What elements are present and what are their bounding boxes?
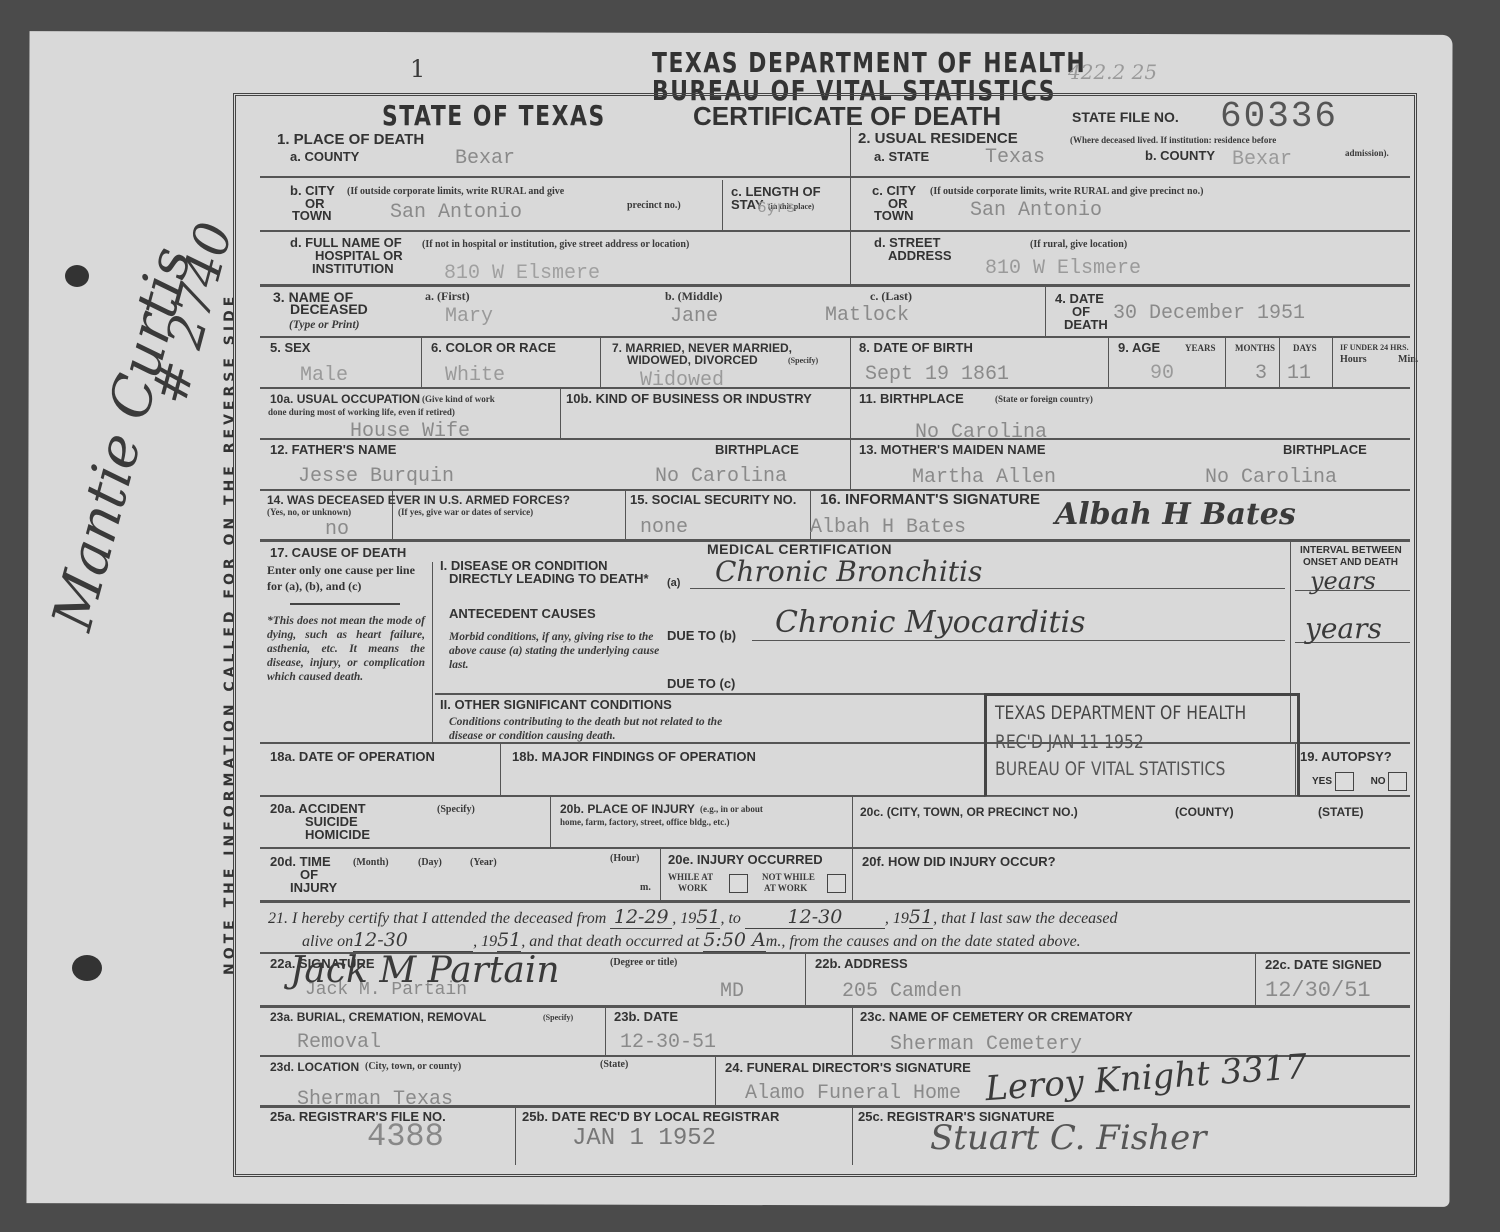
while-at-label: WHILE AT — [668, 872, 713, 883]
handwritten-code: 422.2 25 — [1068, 60, 1157, 84]
stamp-line3: BUREAU OF VITAL STATISTICS — [995, 758, 1225, 780]
physician-address-label: 22b. ADDRESS — [815, 957, 908, 971]
mother-birthplace-label: BIRTHPLACE — [1283, 443, 1367, 457]
alive-on-year[interactable]: 51 — [497, 929, 521, 952]
armed-forces-value[interactable]: no — [325, 518, 349, 541]
birthplace-value[interactable]: No Carolina — [915, 421, 1047, 444]
injury-specify-label: (Specify) — [437, 804, 475, 815]
place-of-injury-note2: home, farm, factory, street, office bldg… — [560, 817, 730, 828]
race-value[interactable]: White — [445, 364, 505, 387]
residence-city-value[interactable]: San Antonio — [970, 199, 1102, 222]
armed-forces-label: 14. WAS DECEASED EVER IN U.S. ARMED FORC… — [267, 493, 570, 507]
certification-line1: 21. I hereby certify that I attended the… — [268, 906, 1118, 929]
father-name-label: 12. FATHER'S NAME — [270, 443, 396, 457]
due-to-c-label: DUE TO (c) — [667, 677, 735, 691]
address-label: ADDRESS — [888, 249, 952, 263]
death-county-value[interactable]: Bexar — [455, 147, 515, 170]
mother-name-label: 13. MOTHER'S MAIDEN NAME — [859, 443, 1046, 457]
not-while-at-work-checkbox[interactable] — [827, 874, 846, 893]
registrar-file-value[interactable]: 4388 — [367, 1118, 444, 1155]
age-months-value[interactable]: 3 — [1255, 362, 1267, 385]
marital-value[interactable]: Widowed — [640, 369, 724, 392]
interval-a-value[interactable]: years — [1310, 567, 1376, 595]
homicide-label: HOMICIDE — [305, 828, 370, 842]
attended-from-year[interactable]: 51 — [696, 906, 720, 929]
father-birthplace-label: BIRTHPLACE — [715, 443, 799, 457]
father-name-value[interactable]: Jesse Burquin — [298, 465, 454, 488]
cert-text4: m., from the causes and on the date stat… — [766, 933, 1081, 950]
business-label: 10b. KIND OF BUSINESS OR INDUSTRY — [566, 392, 812, 406]
months-label: MONTHS — [1235, 343, 1275, 354]
autopsy-label: 19. AUTOPSY? — [1300, 750, 1392, 764]
due-to-b-label: DUE TO (b) — [667, 629, 736, 643]
degree-value[interactable]: MD — [720, 980, 744, 1003]
death-city-value[interactable]: San Antonio — [390, 201, 522, 224]
antecedent-note: Morbid conditions, if any, giving rise t… — [449, 630, 669, 672]
attended-to-value[interactable]: 12-30 — [745, 906, 885, 929]
stamp-line1: TEXAS DEPARTMENT OF HEALTH — [995, 702, 1246, 724]
other-conditions-note: Conditions contributing to the death but… — [449, 715, 739, 743]
type-or-print-note: (Type or Print) — [289, 318, 359, 332]
place-of-injury-label: 20b. PLACE OF INJURY — [560, 802, 695, 816]
interval-label: INTERVAL BETWEEN — [1300, 545, 1402, 556]
cause-footnote: *This does not mean the mode of dying, s… — [267, 614, 425, 684]
race-label: 6. COLOR OR RACE — [431, 341, 556, 355]
cert-text1: 21. I hereby certify that I attended the… — [268, 910, 606, 927]
armed-forces-note2: (If yes, give war or dates of service) — [398, 507, 533, 518]
residence-town-label: TOWN — [874, 209, 913, 223]
alive-on-label: alive on — [302, 933, 353, 950]
street-address-value[interactable]: 810 W Elsmere — [985, 257, 1141, 280]
burial-location-note: (City, town, or county) — [365, 1061, 461, 1072]
death-time-value[interactable]: 5:50 A — [703, 929, 765, 952]
disease-label2: DIRECTLY LEADING TO DEATH* — [449, 572, 649, 586]
cemetery-value[interactable]: Sherman Cemetery — [890, 1033, 1082, 1056]
sex-value[interactable]: Male — [300, 364, 348, 387]
hospital-label3: INSTITUTION — [312, 262, 394, 276]
death-city-note: (If outside corporate limits, write RURA… — [347, 186, 564, 197]
last-name-label: c. (Last) — [870, 291, 912, 302]
residence-state-label: a. STATE — [874, 150, 929, 164]
cemetery-label: 23c. NAME OF CEMETERY OR CREMATORY — [860, 1010, 1133, 1024]
residence-note: (Where deceased lived. If institution: r… — [1070, 135, 1276, 146]
date-of-death-value[interactable]: 30 December 1951 — [1113, 302, 1305, 325]
degree-label: (Degree or title) — [610, 957, 677, 968]
occupation-label: 10a. USUAL OCCUPATION — [270, 392, 420, 406]
place-of-injury-note: (e.g., in or about — [700, 804, 763, 815]
burial-location-value[interactable]: Sherman Texas — [297, 1088, 453, 1111]
ink-blot — [72, 955, 102, 981]
street-note: (If rural, give location) — [1030, 239, 1127, 250]
marital-label2: WIDOWED, DIVORCED — [627, 353, 758, 367]
days-label: DAYS — [1293, 343, 1317, 354]
armed-forces-note: (Yes, no, or unknown) — [267, 507, 351, 518]
ssn-value[interactable]: none — [640, 516, 688, 539]
cause-note: Enter only one cause per line for (a), (… — [267, 562, 425, 594]
middle-name-value[interactable]: Jane — [670, 305, 718, 328]
length-of-stay-value[interactable]: 6yrs — [757, 199, 795, 217]
registrar-date-value[interactable]: JAN 1 1952 — [572, 1125, 716, 1152]
m-label: m. — [640, 882, 651, 893]
burial-date-value[interactable]: 12-30-51 — [620, 1031, 716, 1054]
autopsy-no-checkbox[interactable] — [1388, 772, 1407, 791]
burial-type-label: 23a. BURIAL, CREMATION, REMOVAL — [270, 1010, 486, 1024]
mother-birthplace-value[interactable]: No Carolina — [1205, 466, 1337, 489]
date-of-birth-value[interactable]: Sept 19 1861 — [865, 363, 1009, 386]
while-at-work-checkbox[interactable] — [729, 874, 748, 893]
residence-city-note: (If outside corporate limits, write RURA… — [930, 186, 1203, 197]
residence-note2: admission). — [1345, 148, 1389, 159]
attended-from-value[interactable]: 12-29 — [610, 906, 672, 929]
age-years-value[interactable]: 90 — [1150, 362, 1174, 385]
residence-county-label: b. COUNTY — [1145, 149, 1215, 163]
cert-19c: , 19 — [473, 933, 497, 950]
cert-to: , to — [720, 910, 740, 927]
autopsy-no-label: NO — [1371, 776, 1386, 787]
injury-occurred-label: 20e. INJURY OCCURRED — [668, 853, 823, 867]
day-label: (Day) — [418, 857, 442, 868]
month-label: (Month) — [353, 857, 389, 868]
date-of-death-death: DEATH — [1064, 318, 1108, 332]
antecedent-causes-label: ANTECEDENT CAUSES — [449, 607, 596, 621]
burial-specify: (Specify) — [543, 1012, 573, 1023]
date-signed-value[interactable]: 12/30/51 — [1265, 978, 1371, 1003]
age-days-value[interactable]: 11 — [1287, 362, 1311, 385]
year-label: (Year) — [470, 857, 497, 868]
at-work-label: AT WORK — [764, 883, 807, 894]
medical-certification-title: MEDICAL CERTIFICATION — [707, 542, 892, 556]
received-stamp: TEXAS DEPARTMENT OF HEALTH REC'D JAN 11 … — [984, 693, 1300, 797]
birthplace-note: (State or foreign country) — [995, 394, 1093, 405]
occupation-note: (Give kind of work — [422, 394, 495, 405]
usual-residence-label: 2. USUAL RESIDENCE — [858, 132, 1018, 146]
stamp-line2: REC'D JAN 11 1952 — [995, 731, 1144, 753]
margin-mark: 1 — [410, 55, 425, 83]
place-of-death-label: 1. PLACE OF DEATH — [277, 133, 424, 147]
alive-on-value[interactable]: 12-30 — [353, 929, 473, 952]
cause-of-death-label: 17. CAUSE OF DEATH — [270, 546, 406, 560]
funeral-home-value[interactable]: Alamo Funeral Home — [745, 1082, 961, 1105]
burial-date-label: 23b. DATE — [614, 1010, 678, 1024]
deceased-label: DECEASED — [290, 302, 368, 316]
hospital-value[interactable]: 810 W Elsmere — [444, 262, 600, 285]
injury-city-label: 20c. (CITY, TOWN, OR PRECINCT NO.) — [860, 805, 1078, 819]
under-24-hours-label: IF UNDER 24 HRS. — [1340, 342, 1409, 353]
cert-19b: , 19 — [885, 910, 909, 927]
registrar-signature: Stuart C. Fisher — [930, 1118, 1206, 1158]
informant-typed[interactable]: Albah H Bates — [810, 516, 966, 539]
hospital-note: (If not in hospital or institution, give… — [422, 239, 689, 250]
occupation-value[interactable]: House Wife — [350, 420, 470, 443]
informant-label: 16. INFORMANT'S SIGNATURE — [820, 493, 1040, 507]
death-city-note2: precinct no.) — [627, 200, 681, 211]
cause-a-label: (a) — [667, 576, 680, 590]
residence-state-value[interactable]: Texas — [985, 146, 1045, 169]
interval-b-value[interactable]: years — [1305, 612, 1382, 645]
ssn-label: 15. SOCIAL SECURITY NO. — [630, 493, 796, 507]
time-injury-label: INJURY — [290, 881, 337, 895]
cert-text3: , and that death occurred at — [521, 933, 699, 950]
first-name-label: a. (First) — [425, 291, 470, 302]
certification-line2: alive on12-30, 1951, and that death occu… — [302, 929, 1081, 952]
not-while-label: NOT WHILE — [762, 872, 815, 883]
burial-type-value[interactable]: Removal — [297, 1031, 381, 1054]
cause-b-value[interactable]: Chronic Myocarditis — [775, 605, 1086, 640]
age-label: 9. AGE — [1118, 341, 1160, 355]
autopsy-yes-checkbox[interactable] — [1335, 772, 1354, 791]
hours-label: Hours — [1340, 354, 1367, 365]
attended-to-year[interactable]: 51 — [909, 906, 933, 929]
funeral-director-label: 24. FUNERAL DIRECTOR'S SIGNATURE — [725, 1061, 971, 1075]
physician-signature: Jack M Partain — [290, 950, 560, 991]
death-county-label: a. COUNTY — [290, 150, 359, 164]
registrar-date-label: 25b. DATE REC'D BY LOCAL REGISTRAR — [522, 1110, 779, 1124]
informant-signature: Albah H Bates — [1055, 497, 1296, 532]
autopsy-options: YES NO — [1312, 772, 1407, 791]
other-conditions-label: II. OTHER SIGNIFICANT CONDITIONS — [440, 698, 672, 712]
years-label: YEARS — [1185, 343, 1216, 354]
how-injury-label: 20f. HOW DID INJURY OCCUR? — [862, 855, 1056, 869]
mother-name-value[interactable]: Martha Allen — [912, 466, 1056, 489]
father-birthplace-value[interactable]: No Carolina — [655, 465, 787, 488]
residence-county-value[interactable]: Bexar — [1232, 148, 1292, 171]
burial-state-note: (State) — [600, 1059, 628, 1070]
minutes-label: Min. — [1398, 354, 1418, 365]
date-of-operation-label: 18a. DATE OF OPERATION — [270, 750, 435, 764]
date-signed-label: 22c. DATE SIGNED — [1265, 958, 1382, 972]
injury-county-label: (COUNTY) — [1175, 805, 1234, 819]
middle-name-label: b. (Middle) — [665, 291, 722, 302]
date-of-birth-label: 8. DATE OF BIRTH — [859, 341, 973, 355]
operation-findings-label: 18b. MAJOR FINDINGS OF OPERATION — [512, 750, 756, 764]
burial-location-label: 23d. LOCATION — [270, 1060, 359, 1074]
occupation-note2: done during most of working life, even i… — [268, 407, 455, 418]
injury-state-label: (STATE) — [1318, 805, 1364, 819]
hour-label: (Hour) — [610, 853, 639, 864]
work-label: WORK — [678, 883, 708, 894]
cert-text2: , that I last saw the deceased — [933, 910, 1117, 927]
first-name-value[interactable]: Mary — [445, 305, 493, 328]
cause-a-value[interactable]: Chronic Bronchitis — [715, 555, 982, 588]
physician-address-value[interactable]: 205 Camden — [842, 980, 962, 1003]
marital-specify: (Specify) — [788, 355, 818, 366]
sex-label: 5. SEX — [270, 341, 310, 355]
death-town-label: TOWN — [292, 209, 331, 223]
cert-19a: , 19 — [672, 910, 696, 927]
autopsy-yes-label: YES — [1312, 776, 1332, 787]
last-name-value[interactable]: Matlock — [825, 304, 909, 327]
ink-blot — [65, 265, 89, 287]
birthplace-label: 11. BIRTHPLACE — [859, 392, 964, 406]
